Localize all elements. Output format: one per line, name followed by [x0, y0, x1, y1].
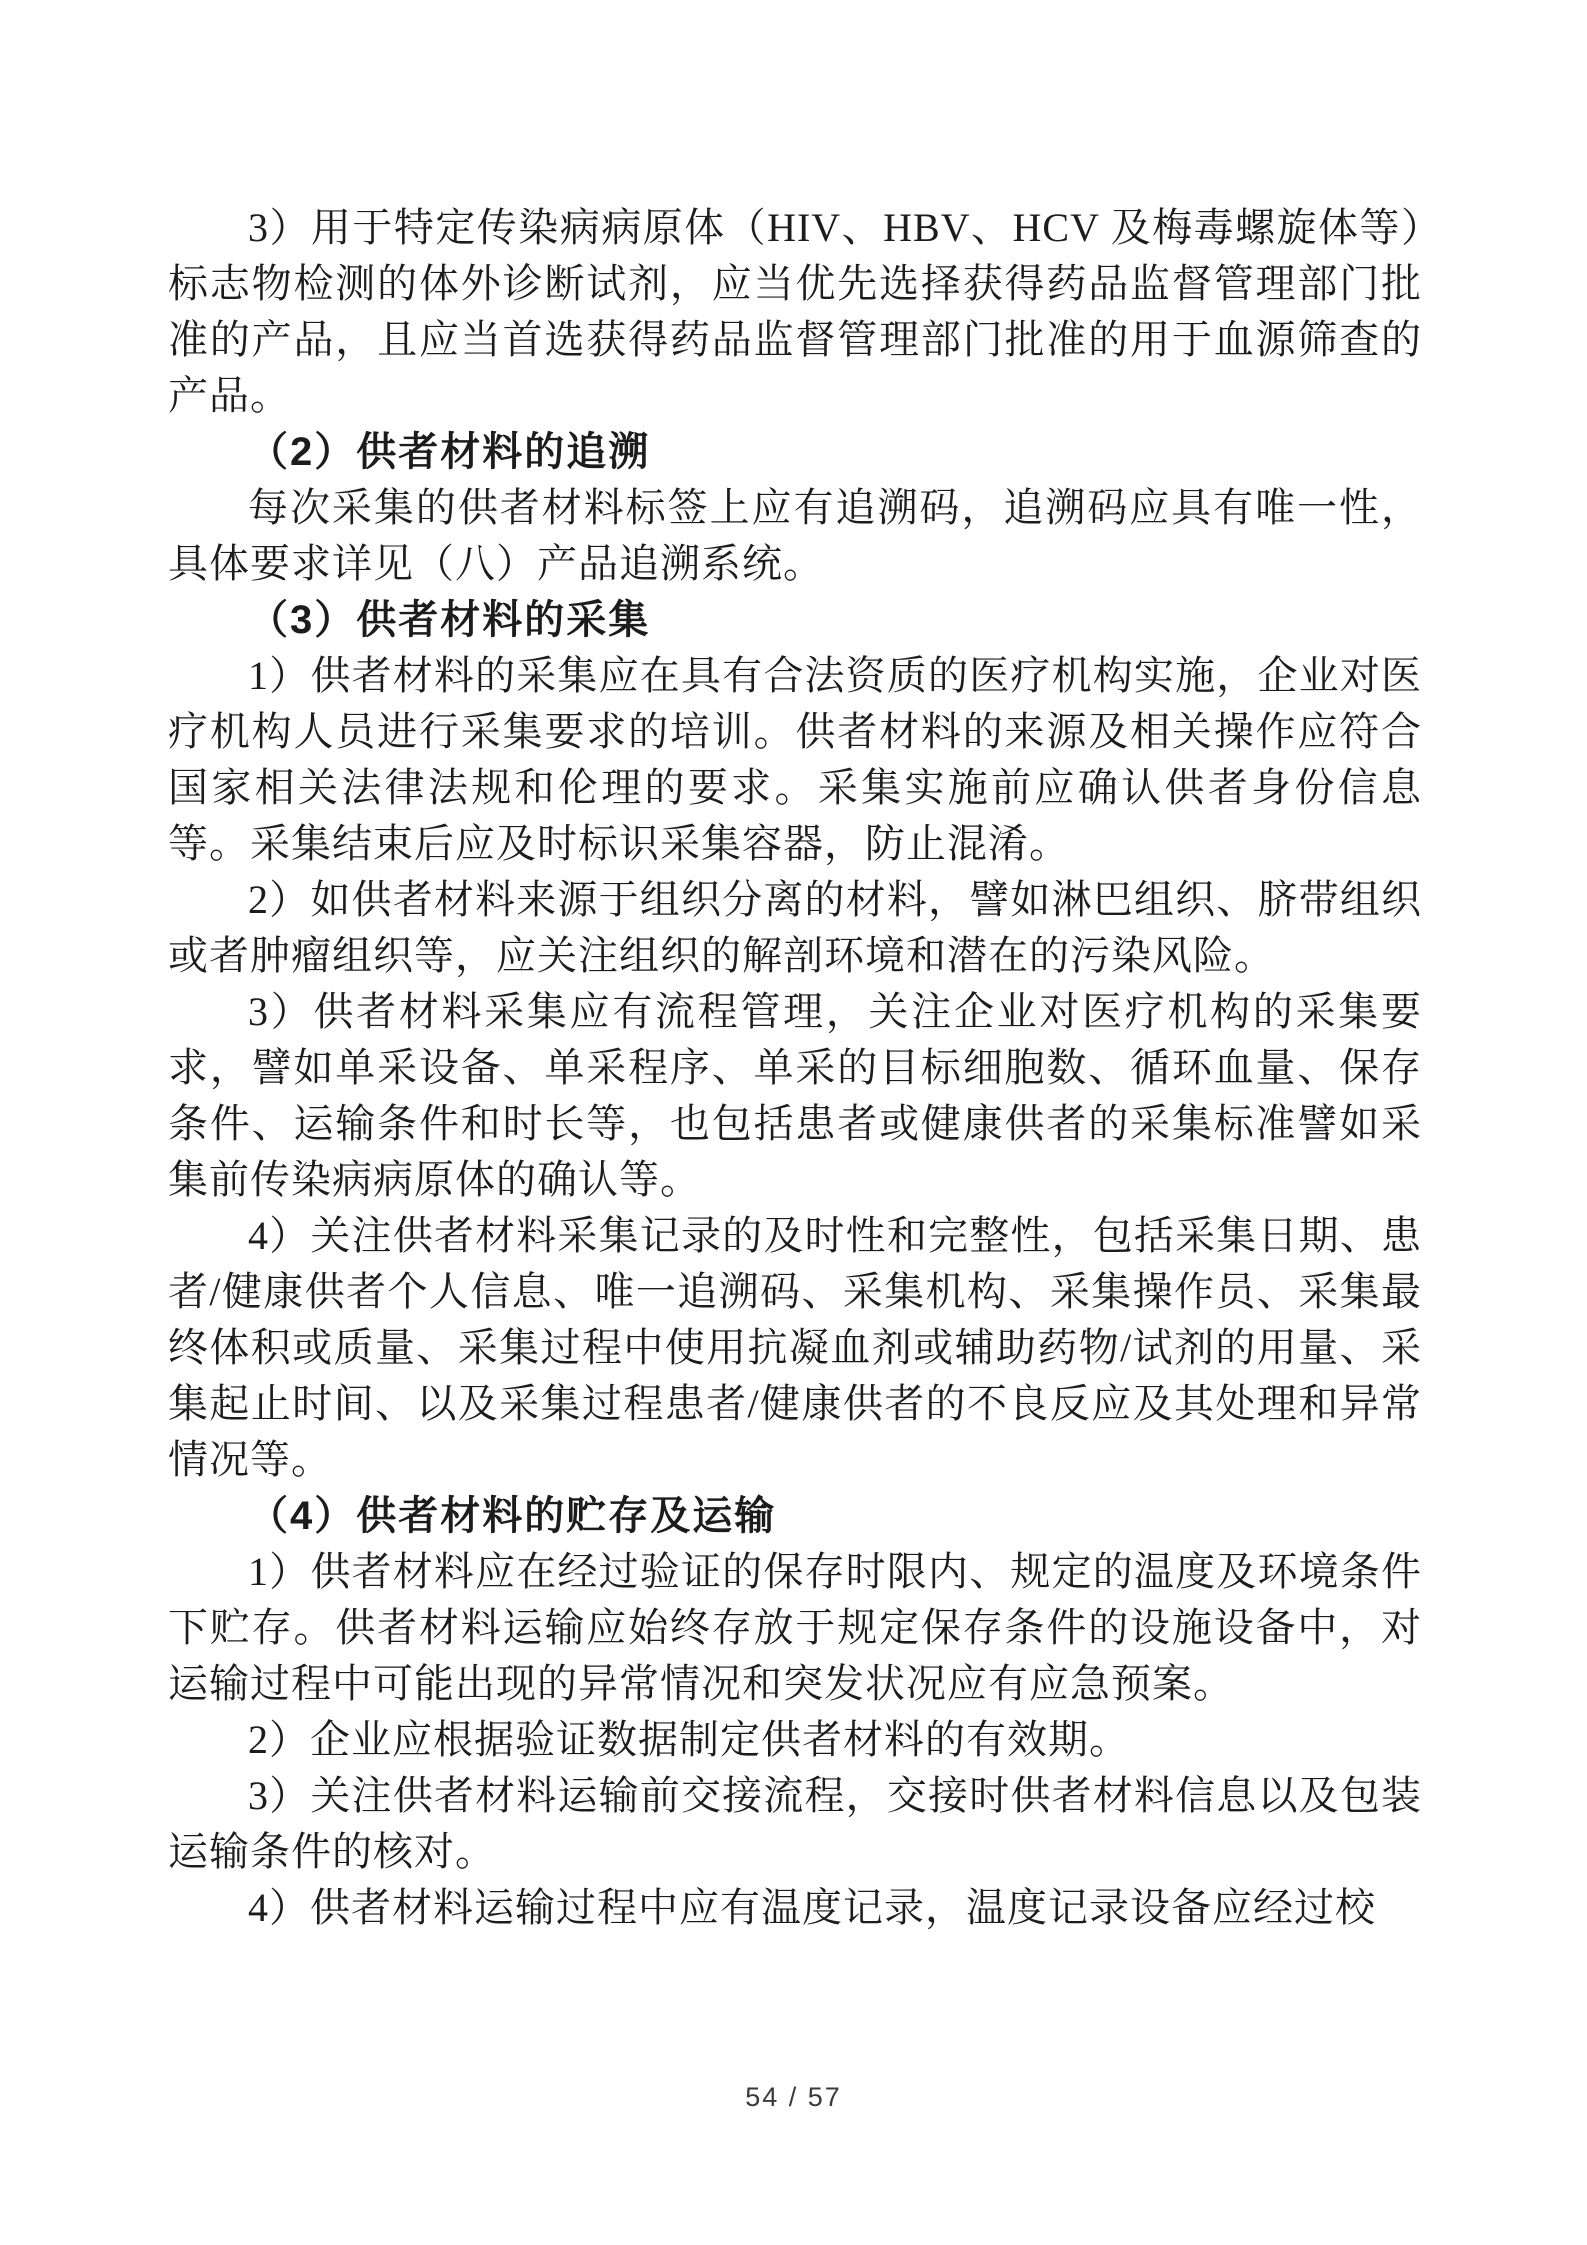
paragraph: 3）用于特定传染病病原体（HIV、HBV、HCV 及梅毒螺旋体等）标志物检测的体… [168, 200, 1422, 424]
paragraph: 2）企业应根据验证数据制定供者材料的有效期。 [168, 1712, 1422, 1768]
paragraph: 4）供者材料运输过程中应有温度记录，温度记录设备应经过校 [168, 1880, 1422, 1936]
paragraph: 2）如供者材料来源于组织分离的材料，譬如淋巴组织、脐带组织或者肿瘤组织等，应关注… [168, 872, 1422, 984]
document-page-content: 3）用于特定传染病病原体（HIV、HBV、HCV 及梅毒螺旋体等）标志物检测的体… [168, 200, 1422, 1936]
paragraph: 4）关注供者材料采集记录的及时性和完整性，包括采集日期、患者/健康供者个人信息、… [168, 1208, 1422, 1488]
paragraph: 3）供者材料采集应有流程管理，关注企业对医疗机构的采集要求，譬如单采设备、单采程… [168, 984, 1422, 1208]
paragraph: 1）供者材料的采集应在具有合法资质的医疗机构实施，企业对医疗机构人员进行采集要求… [168, 648, 1422, 872]
paragraph: 3）关注供者材料运输前交接流程，交接时供者材料信息以及包装运输条件的核对。 [168, 1768, 1422, 1880]
paragraph: 每次采集的供者材料标签上应有追溯码，追溯码应具有唯一性，具体要求详见（八）产品追… [168, 480, 1422, 592]
section-heading: （2）供者材料的追溯 [168, 424, 1422, 480]
section-heading: （3）供者材料的采集 [168, 592, 1422, 648]
page-number: 54 / 57 [0, 2082, 1587, 2113]
section-heading: （4）供者材料的贮存及运输 [168, 1488, 1422, 1544]
paragraph: 1）供者材料应在经过验证的保存时限内、规定的温度及环境条件下贮存。供者材料运输应… [168, 1544, 1422, 1712]
